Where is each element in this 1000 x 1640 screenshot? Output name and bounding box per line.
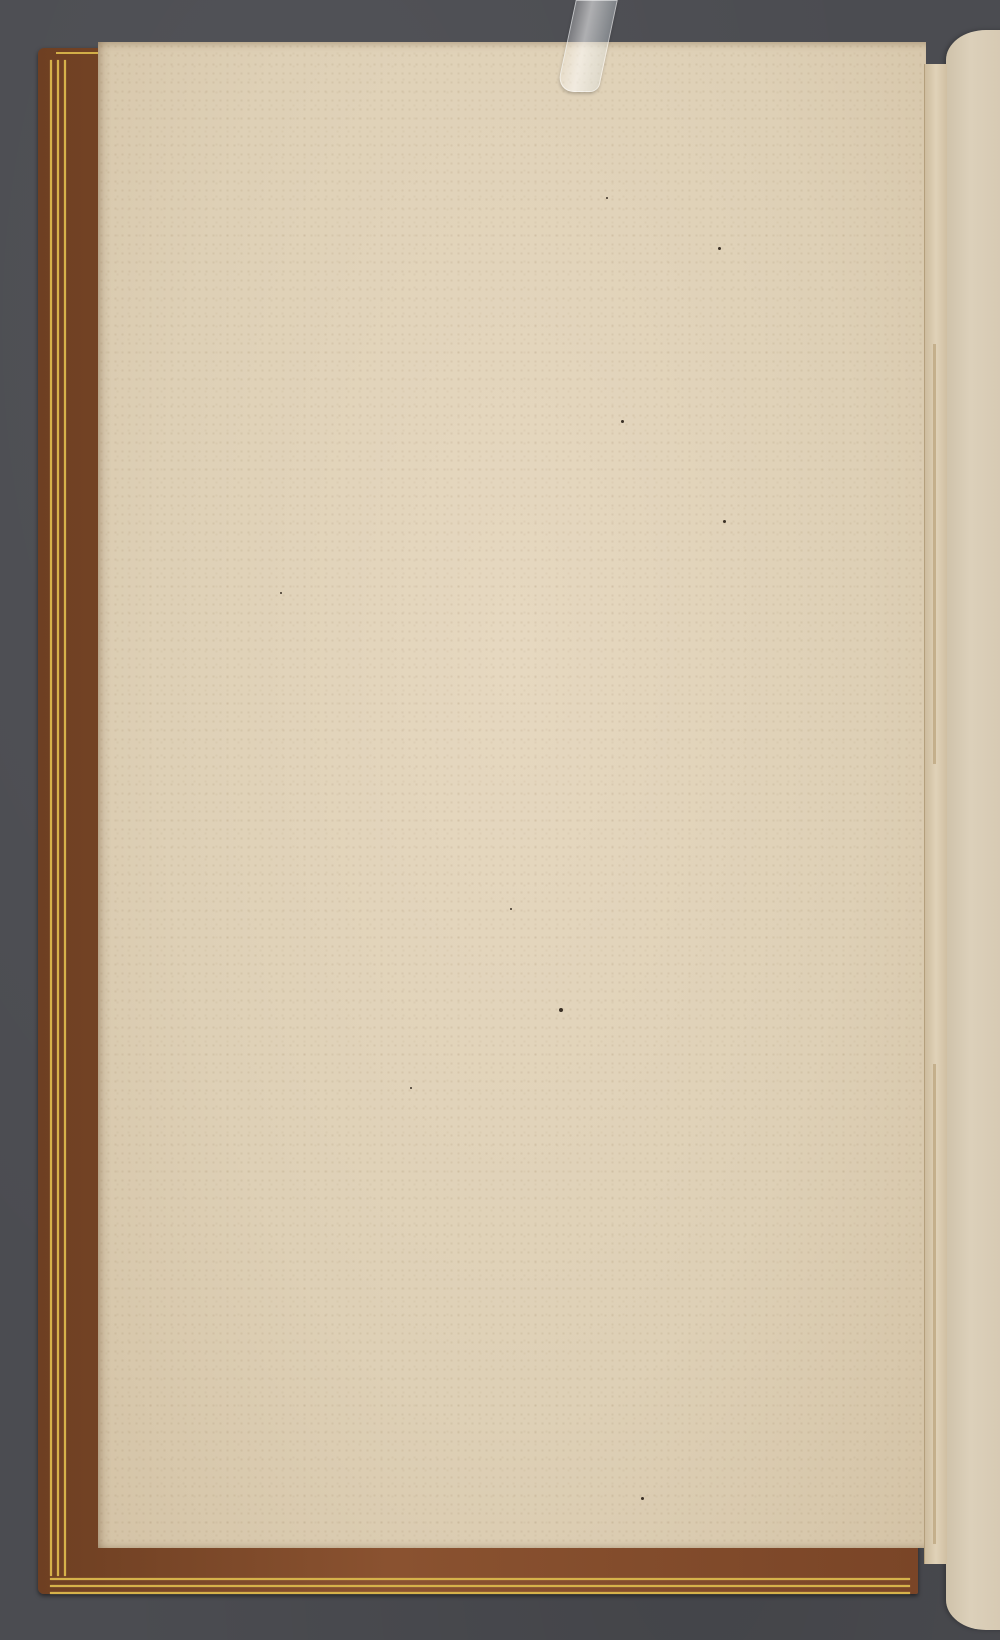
paper-speck xyxy=(718,247,721,250)
paper-speck xyxy=(280,592,282,594)
paper-speck xyxy=(510,908,512,910)
gutter-crease xyxy=(933,1064,936,1544)
paper-speck xyxy=(559,1008,563,1012)
paper-speck xyxy=(606,197,608,199)
gutter-crease xyxy=(933,344,936,764)
gilt-fillet-bottom-3 xyxy=(50,1592,910,1594)
paper-speck xyxy=(723,520,726,523)
gutter-strip xyxy=(924,64,947,1564)
gilt-fillet-left-2 xyxy=(57,60,59,1576)
facing-page xyxy=(946,30,1000,1630)
gilt-fillet-bottom-2 xyxy=(50,1585,910,1587)
gilt-fillet-left-1 xyxy=(50,60,52,1576)
gilt-fillet-left-3 xyxy=(64,60,66,1576)
gilt-fillet-bottom-1 xyxy=(50,1578,910,1580)
paper-speck xyxy=(641,1497,644,1500)
paper-speck xyxy=(621,420,624,423)
paper-speck xyxy=(410,1087,412,1089)
blank-page xyxy=(98,42,926,1548)
